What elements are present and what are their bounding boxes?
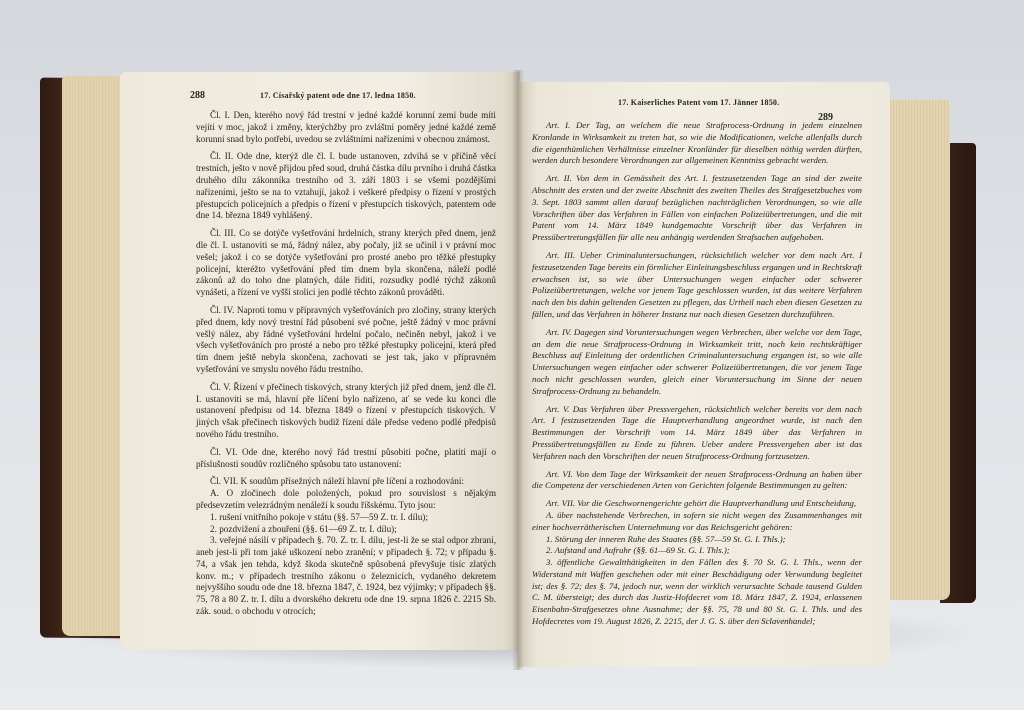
paragraph: Art. VII. Vor die Geschwornengerichte ge… (532, 498, 862, 510)
book-gutter (512, 70, 524, 670)
page-number-left: 288 (190, 90, 205, 101)
page-edges-right (880, 100, 950, 600)
paragraph: Art. VI. Von dem Tage der Wirksamkeit de… (532, 469, 862, 493)
paragraph: Art. IV. Dagegen sind Voruntersuchungen … (532, 327, 862, 398)
paragraph: Art. III. Ueber Criminaluntersuchungen, … (532, 250, 862, 321)
right-page: 17. Kaiserliches Patent vom 17. Jänner 1… (518, 82, 890, 667)
photo-scene: 288 17. Císařský patent ode dne 17. ledn… (0, 0, 1024, 710)
paragraph: Čl. IV. Naproti tomu v přípravných vyšet… (196, 305, 496, 376)
paragraph: Čl. II. Ode dne, kterýž dle čl. I. bude … (196, 151, 496, 222)
list-item: 1. Störung der inneren Ruhe des Staates … (532, 534, 862, 546)
list-item: 1. rušení vnitřního pokoje v státu (§§. … (196, 512, 496, 524)
paragraph: Čl. III. Co se dotýče vyšetřování hrdeln… (196, 228, 496, 299)
paragraph: Čl. VII. K soudům přísežných náleží hlav… (196, 476, 496, 488)
right-page-body: Art. I. Der Tag, an welchem die neue Str… (532, 120, 862, 628)
paragraph: Art. V. Das Verfahren über Pressvergehen… (532, 404, 862, 463)
paragraph: Čl. V. Řízení v přečinech tiskových, str… (196, 382, 496, 441)
list-item: 2. Aufstand und Aufruhr (§§. 61—69 St. G… (532, 545, 862, 557)
paragraph: Čl. I. Den, kterého nový řád trestní v j… (196, 110, 496, 145)
running-head-left: 17. Císařský patent ode dne 17. ledna 18… (260, 91, 416, 100)
paragraph: Art. II. Von dem in Gemässheit des Art. … (532, 173, 862, 244)
list-item: 3. veřejné násilí v případech §. 70. Z. … (196, 535, 496, 618)
paragraph: Čl. VI. Ode dne, kterého nový řád trestn… (196, 447, 496, 471)
paragraph: Art. I. Der Tag, an welchem die neue Str… (532, 120, 862, 167)
paragraph: A. über nachstehende Verbrechen, in sofe… (532, 510, 862, 534)
left-page-body: Čl. I. Den, kterého nový řád trestní v j… (196, 110, 496, 618)
list-item: 2. pozdvižení a zbouření (§§. 61—69 Z. t… (196, 524, 496, 536)
paragraph: A. O zločinech dole položených, pokud pr… (196, 488, 496, 512)
running-head-right: 17. Kaiserliches Patent vom 17. Jänner 1… (618, 98, 779, 107)
show-through-text: I Bd. S. 1705 (758, 617, 795, 625)
list-item: 3. öffentliche Gewaltthätigkeiten in den… (532, 557, 862, 628)
left-page: 288 17. Císařský patent ode dne 17. ledn… (120, 72, 520, 650)
